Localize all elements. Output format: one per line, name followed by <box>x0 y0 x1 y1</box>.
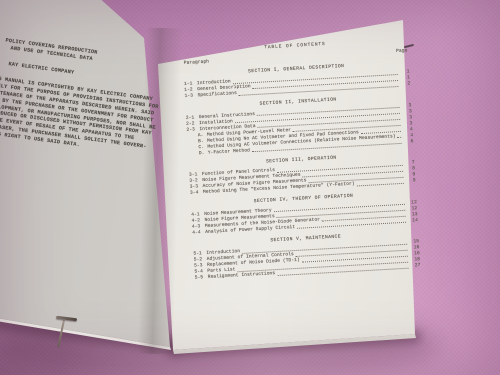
toc-paragraph-number: D. <box>199 150 208 156</box>
page-column-label: Page <box>396 48 408 55</box>
toc-page-number: 2 <box>400 81 410 88</box>
toc-section: SECTION I, GENERAL DESCRIPTION1-1Introdu… <box>183 60 410 100</box>
table-of-contents: TABLE OF CONTENTS Paragraph Page SECTION… <box>182 37 421 281</box>
toc-paragraph-number: 3-4 <box>190 190 203 197</box>
toc-page-number: 14 <box>408 218 418 225</box>
toc-item-title: Y-Factor Method <box>208 148 250 156</box>
toc-sections: SECTION I, GENERAL DESCRIPTION1-1Introdu… <box>183 60 420 282</box>
dot-leader <box>398 137 402 138</box>
toc-item-title: Specifications <box>197 91 237 99</box>
toc-page-number: 9 <box>406 178 416 185</box>
photo-of-open-manual: POLICY COVERING REPRODUCTION AND USE OF … <box>0 0 500 375</box>
dot-leader <box>357 183 404 187</box>
paragraph-column-label: Paragraph <box>184 59 210 66</box>
toc-paragraph-number: 1-3 <box>184 93 197 100</box>
toc-page-number: 6 <box>403 139 413 146</box>
toc-page-number: 27 <box>410 263 420 270</box>
toc-paragraph-number: 4-4 <box>192 229 205 236</box>
toc-section: SECTION II, INSTALLATION2-1General Instr… <box>185 93 414 157</box>
toc-section: SECTION III, OPERATION3-1Function of Pan… <box>188 151 416 197</box>
toc-section: SECTION IV, THEORY OF OPERATION4-1Noise … <box>191 190 419 236</box>
toc-paragraph-number: 5-5 <box>195 275 208 282</box>
